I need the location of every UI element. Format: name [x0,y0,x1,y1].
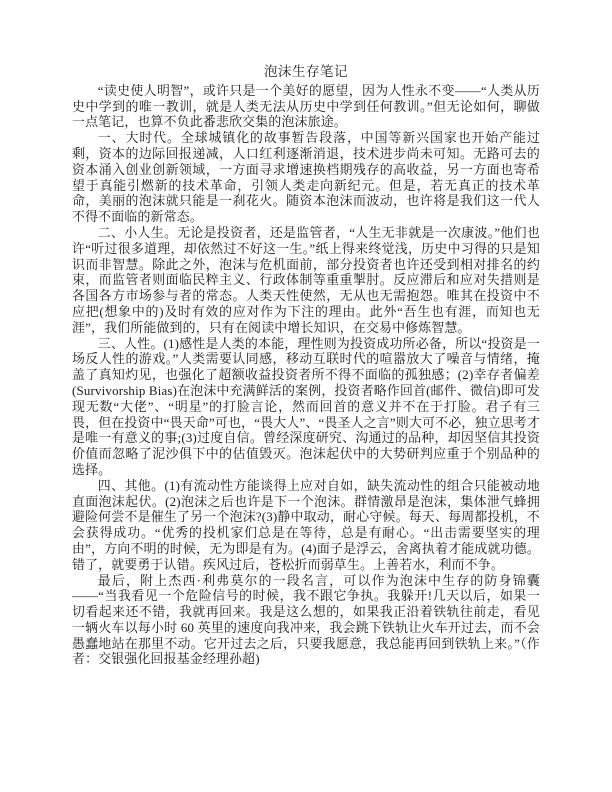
document-body: “读史使人明智”，或许只是一个美好的愿望，因为人性永不变——“人类从历史中学到的… [72,84,540,668]
paragraph-section-4-others: 四、其他。(1)有流动性方能谈得上应对自如，缺失流动性的组合只能被动地直面泡沫起… [72,479,540,574]
document-page: 泡沫生存笔记 “读史使人明智”，或许只是一个美好的愿望，因为人性永不变——“人类… [0,0,612,792]
document-title: 泡沫生存笔记 [72,64,540,80]
paragraph-section-2-small-life: 二、小人生。无论是投资者，还是监管者，“人生无非就是一次康波。”他们也许“听过很… [72,226,540,337]
paragraph-closing-quote: 最后，附上杰西·利弗莫尔的一段名言，可以作为泡沫中生存的防身锦囊——“当我看见一… [72,574,540,669]
paragraph-section-3-human-nature: 三、人性。(1)感性是人类的本能，理性则为投资成功所必备，所以“投资是一场反人性… [72,337,540,479]
paragraph-intro: “读史使人明智”，或许只是一个美好的愿望，因为人性永不变——“人类从历史中学到的… [72,84,540,131]
paragraph-section-1-big-era: 一、大时代。全球城镇化的故事暂告段落，中国等新兴国家也开始产能过剩，资本的边际回… [72,131,540,226]
